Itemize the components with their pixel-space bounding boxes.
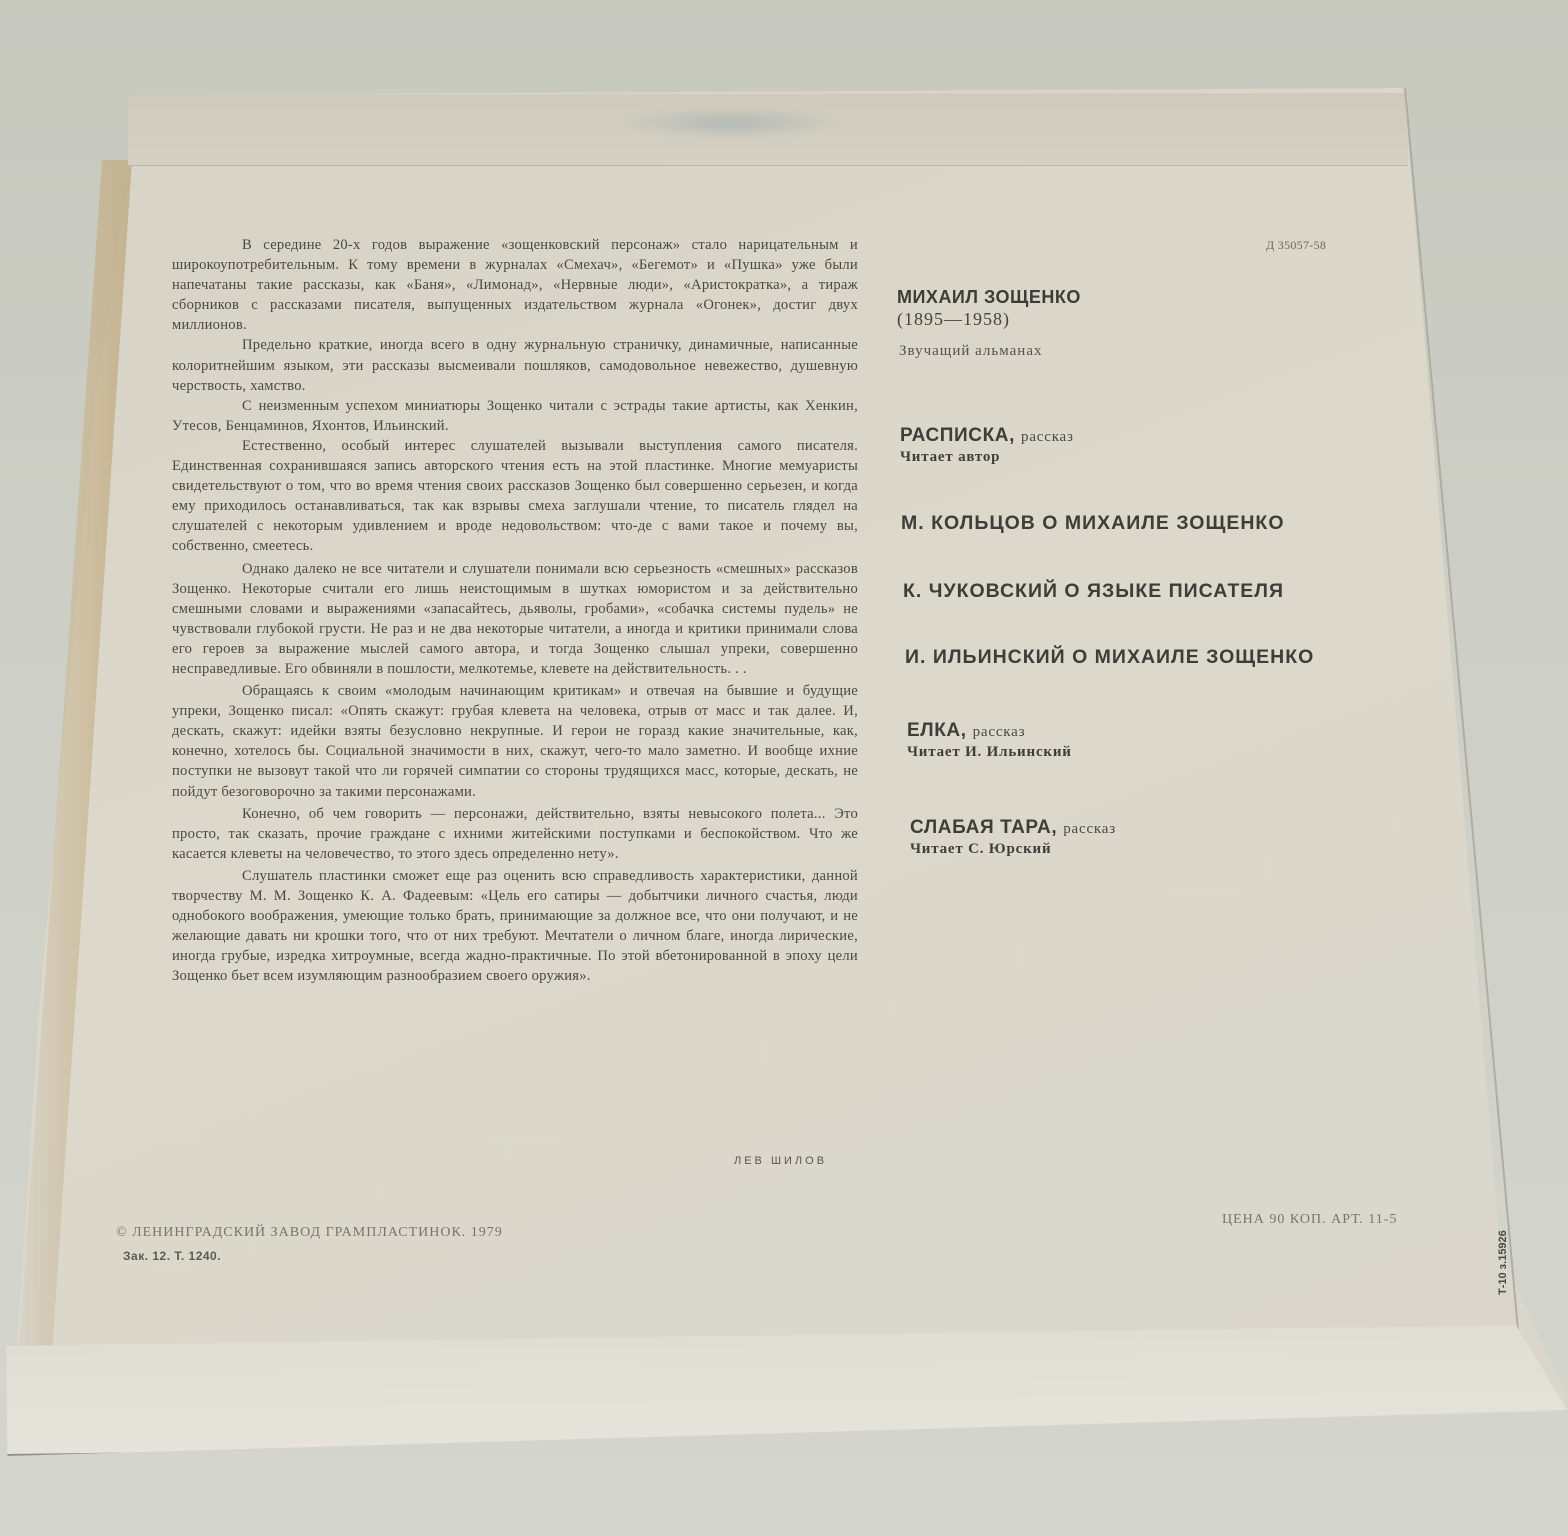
track-title: СЛАБАЯ ТАРА, — [910, 817, 1057, 838]
track-genre: рассказ — [1063, 821, 1116, 837]
print-bleed-through — [620, 108, 840, 138]
catalog-number: Д 35057-58 — [1266, 238, 1326, 253]
track-reader: Читает автор — [900, 449, 1074, 466]
notes-paragraph: С неизменным успехом миниатюры Зощенко ч… — [172, 396, 858, 436]
notes-paragraph: Конечно, об чем говорить — персонажи, де… — [172, 804, 858, 864]
track-reader: Читает И. Ильинский — [907, 744, 1072, 761]
notes-paragraph: Слушатель пластинки сможет еще раз оцени… — [172, 866, 858, 987]
notes-paragraph: Предельно краткие, иногда всего в одну ж… — [172, 335, 858, 395]
record-sleeve-back: В середине 20-х годов выражение «зощенко… — [0, 0, 1568, 1536]
track-item: И. ИЛЬИНСКИЙ О МИХАИЛЕ ЗОЩЕНКО — [905, 646, 1314, 669]
track-title: РАСПИСКА, — [900, 425, 1015, 446]
track-item: ЕЛКА,рассказ Читает И. Ильинский — [907, 720, 1072, 761]
notes-paragraph: Однако далеко не все читатели и слушател… — [172, 559, 858, 680]
track-item: РАСПИСКА,рассказ Читает автор — [900, 425, 1074, 466]
bottom-flap — [6, 1325, 1567, 1456]
price-line: ЦЕНА 90 КОП. АРТ. 11-5 — [1222, 1212, 1397, 1228]
track-genre: рассказ — [1021, 429, 1074, 445]
copyright-line: © ЛЕНИНГРАДСКИЙ ЗАВОД ГРАМПЛАСТИНОК. 197… — [116, 1225, 503, 1241]
track-item: СЛАБАЯ ТАРА,рассказ Читает С. Юрский — [910, 817, 1116, 858]
notes-paragraph: Обращаясь к своим «молодым начинающим кр… — [172, 681, 858, 802]
notes-paragraph: В середине 20-х годов выражение «зощенко… — [172, 235, 858, 335]
track-item: К. ЧУКОВСКИЙ О ЯЗЫКЕ ПИСАТЕЛЯ — [903, 580, 1284, 603]
track-reader: Читает С. Юрский — [910, 841, 1116, 858]
track-title: И. ИЛЬИНСКИЙ О МИХАИЛЕ ЗОЩЕНКО — [905, 646, 1314, 668]
track-title: М. КОЛЬЦОВ О МИХАИЛЕ ЗОЩЕНКО — [901, 512, 1285, 534]
print-code: Т-10 з.15926 — [1497, 1230, 1509, 1295]
track-title: К. ЧУКОВСКИЙ О ЯЗЫКЕ ПИСАТЕЛЯ — [903, 580, 1284, 602]
order-number: Зак. 12. Т. 1240. — [123, 1249, 221, 1263]
author-name: МИХАИЛ ЗОЩЕНКО — [897, 287, 1081, 308]
notes-signature: ЛЕВ ШИЛОВ — [734, 1155, 827, 1167]
track-title: ЕЛКА, — [907, 720, 967, 741]
notes-paragraph: Естественно, особый интерес слушателей в… — [172, 436, 858, 557]
series-title: Звучащий альманах — [899, 343, 1043, 360]
track-genre: рассказ — [973, 724, 1026, 740]
liner-notes: В середине 20-х годов выражение «зощенко… — [172, 235, 858, 986]
author-years: (1895—1958) — [897, 309, 1010, 330]
track-item: М. КОЛЬЦОВ О МИХАИЛЕ ЗОЩЕНКО — [901, 512, 1285, 535]
